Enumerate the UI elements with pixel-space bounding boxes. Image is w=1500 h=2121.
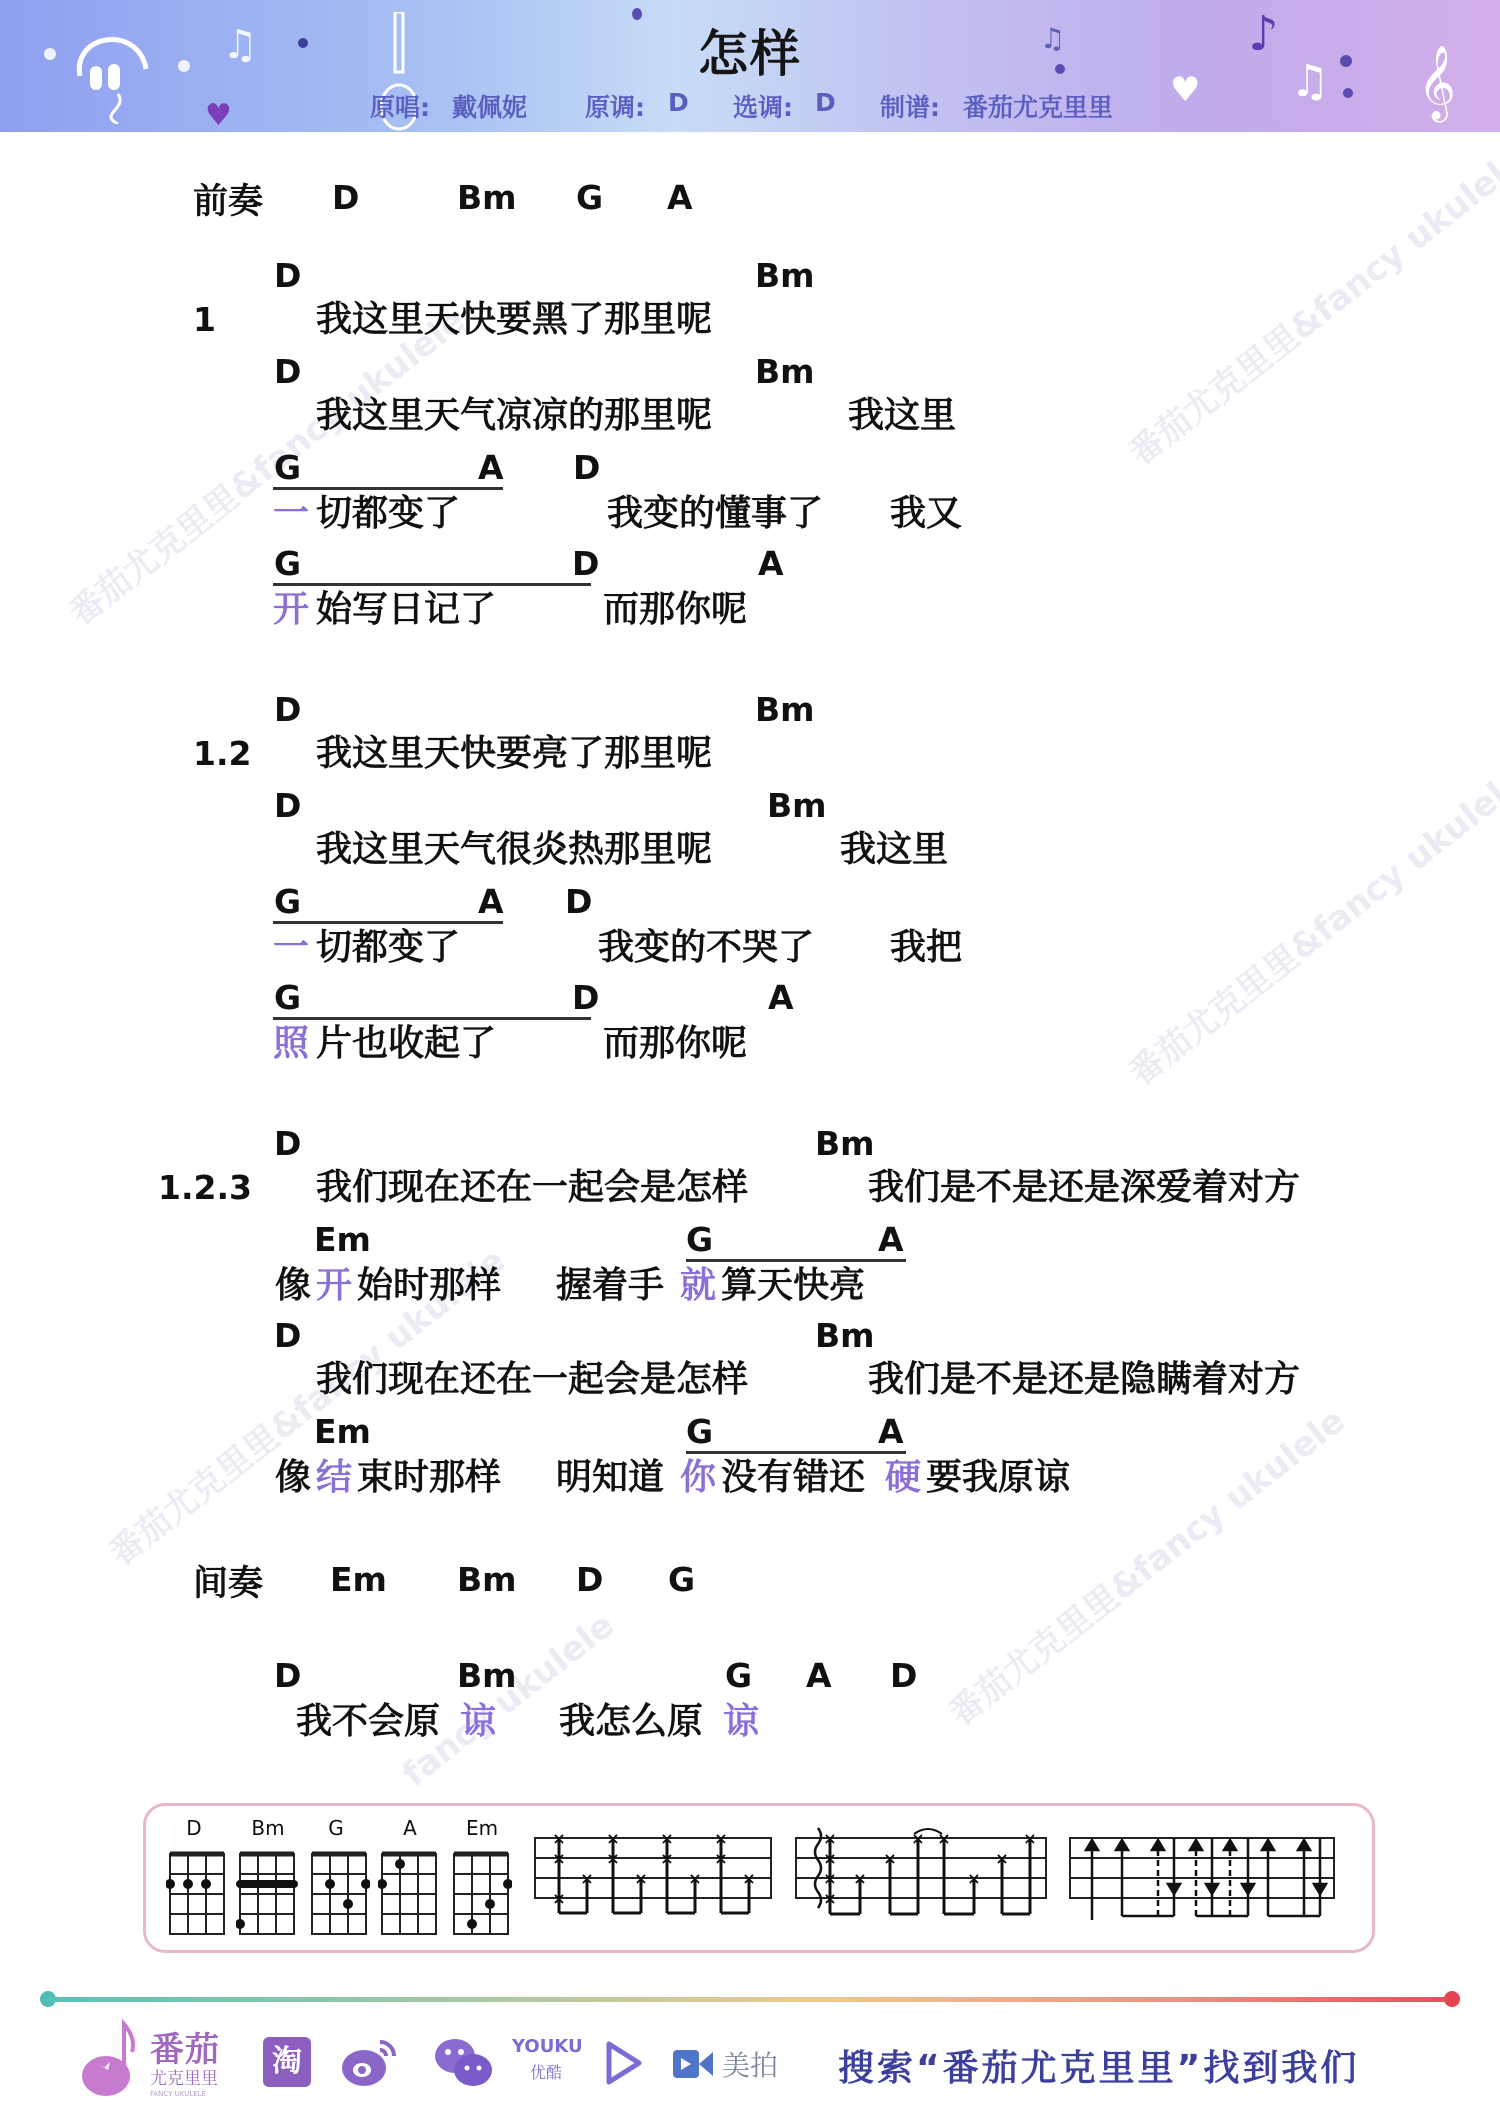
taobao-label: 淘 xyxy=(272,2044,302,2079)
lyric-highlight: 你 xyxy=(680,1458,716,1498)
strum-pattern-2: ×××× ××× ×××× xyxy=(794,1824,1054,1934)
svg-text:×: × xyxy=(580,1869,593,1888)
svg-text:×: × xyxy=(823,1829,836,1848)
brand-english: FANCY UKULELE xyxy=(150,2090,206,2098)
chord: A xyxy=(806,1658,832,1694)
chord: A xyxy=(478,884,504,920)
lyric-line: 始时那样 xyxy=(357,1266,501,1306)
lyric-line: 我这里天快要亮了那里呢 xyxy=(316,734,712,774)
lyric-highlight: 一 xyxy=(273,494,309,534)
lyric-line: 要我原谅 xyxy=(926,1458,1070,1498)
chord: D xyxy=(274,1658,301,1694)
lyric-line: 我这里天气凉凉的那里呢 xyxy=(316,396,712,436)
svg-text:×: × xyxy=(823,1889,836,1908)
svg-text:×: × xyxy=(606,1829,619,1848)
chord: A xyxy=(768,980,794,1016)
chord: D xyxy=(332,180,359,216)
taobao-icon[interactable]: 淘 xyxy=(263,2037,311,2087)
chord: Bm xyxy=(755,354,815,390)
arranger-label: 制谱: xyxy=(880,88,940,124)
underline xyxy=(273,583,591,586)
chord: D xyxy=(274,1126,301,1162)
chord: G xyxy=(274,980,301,1016)
lyric-line: 切都变了 xyxy=(316,494,460,534)
svg-text:×: × xyxy=(823,1849,836,1868)
chord: Bm xyxy=(457,180,517,216)
chord: Em xyxy=(314,1222,371,1258)
svg-text:×: × xyxy=(853,1869,866,1888)
lyric-highlight: 谅 xyxy=(460,1702,496,1742)
svg-text:×: × xyxy=(1023,1829,1036,1848)
svg-text:×: × xyxy=(714,1849,727,1868)
chosen-key-label: 选调: xyxy=(733,88,793,124)
chord-name: A xyxy=(380,1816,440,1840)
fretboard-icon xyxy=(236,1850,302,1940)
chord: G xyxy=(274,884,301,920)
original-singer: 戴佩妮 xyxy=(452,88,527,124)
chord: D xyxy=(572,980,599,1016)
svg-text:×: × xyxy=(552,1829,565,1848)
chord: D xyxy=(890,1658,917,1694)
chord: Bm xyxy=(815,1126,875,1162)
chord: G xyxy=(725,1658,752,1694)
youku-label: 优酷 xyxy=(530,2060,562,2083)
lyric-highlight: 一 xyxy=(273,928,309,968)
video-play-icon[interactable] xyxy=(603,2040,643,2086)
footer-divider xyxy=(48,1997,1450,2002)
chord: G xyxy=(686,1414,713,1450)
lyric-highlight: 开 xyxy=(316,1266,352,1306)
chord: Bm xyxy=(457,1658,517,1694)
song-title: 怎样 xyxy=(0,14,1500,86)
original-key: D xyxy=(668,88,689,117)
lyric-line: 始写日记了 xyxy=(316,590,496,630)
lyric-line: 我们现在还在一起会是怎样 xyxy=(316,1168,748,1208)
footer-line-end-dot xyxy=(1444,1991,1460,2007)
chord: D xyxy=(565,884,592,920)
svg-text:×: × xyxy=(967,1869,980,1888)
chord: D xyxy=(274,692,301,728)
lyric-highlight: 结 xyxy=(316,1458,352,1498)
underline xyxy=(686,1451,906,1454)
chord: G xyxy=(668,1562,695,1598)
lyric-line: 算天快亮 xyxy=(721,1266,865,1306)
lyric-line: 而那你呢 xyxy=(603,1024,747,1064)
chord: Bm xyxy=(815,1318,875,1354)
svg-text:×: × xyxy=(911,1829,924,1848)
lyric-highlight: 照 xyxy=(273,1024,309,1064)
svg-text:×: × xyxy=(883,1849,896,1868)
lyric-line: 而那你呢 xyxy=(603,590,747,630)
lyric-line: 我变的懂事了 xyxy=(607,494,823,534)
svg-text:×: × xyxy=(606,1849,619,1868)
underline xyxy=(686,1259,906,1262)
svg-text:×: × xyxy=(660,1829,673,1848)
lyric-line: 我把 xyxy=(890,928,962,968)
lyric-line: 我们是不是还是隐瞒着对方 xyxy=(868,1360,1300,1400)
svg-text:×: × xyxy=(552,1889,565,1908)
meipai-label: 美拍 xyxy=(722,2044,778,2084)
chord: A xyxy=(878,1222,904,1258)
svg-text:×: × xyxy=(823,1869,836,1888)
svg-text:×: × xyxy=(937,1829,950,1848)
verse-number: 1.2.3 xyxy=(158,1168,252,1207)
lyric-line: 明知道 xyxy=(556,1458,664,1498)
chord-name: G xyxy=(306,1816,366,1840)
original-key-label: 原调: xyxy=(585,88,645,124)
weibo-icon[interactable] xyxy=(340,2034,400,2090)
chord: D xyxy=(576,1562,603,1598)
header-banner: ♥ ♥ ♫ ♪ ♫ ♫ 𝄞 怎样 原唱: 戴佩妮 原调: D 选调: D 制谱:… xyxy=(0,0,1500,132)
fretboard-icon xyxy=(450,1850,512,1940)
chord: G xyxy=(686,1222,713,1258)
fretboard-icon xyxy=(378,1850,440,1940)
chord: D xyxy=(573,450,600,486)
lyric-line: 我们是不是还是深爱着对方 xyxy=(868,1168,1300,1208)
lyric-line: 我这里天气很炎热那里呢 xyxy=(316,830,712,870)
underline xyxy=(273,921,503,924)
lyric-line: 我这里 xyxy=(848,396,956,436)
meipai-icon[interactable] xyxy=(673,2048,713,2080)
chord: A xyxy=(878,1414,904,1450)
lyric-line: 我不会原 xyxy=(296,1702,440,1742)
chord: Bm xyxy=(755,692,815,728)
watermark: 番茄尤克里里&fancy ukulele xyxy=(1117,754,1500,1094)
chord: Bm xyxy=(457,1562,517,1598)
strum-pattern-1: ×××× ××× ××× ××× xyxy=(533,1828,783,1928)
chord: A xyxy=(758,546,784,582)
svg-text:×: × xyxy=(552,1849,565,1868)
lyric-highlight: 谅 xyxy=(723,1702,759,1742)
underline xyxy=(273,487,503,490)
verse-number: 1.2 xyxy=(193,734,251,773)
lyric-highlight: 就 xyxy=(680,1266,716,1306)
svg-text:×: × xyxy=(688,1869,701,1888)
lyric-line: 我怎么原 xyxy=(559,1702,703,1742)
lyric-line: 片也收起了 xyxy=(316,1024,496,1064)
decor-dot xyxy=(1343,88,1353,98)
chosen-key: D xyxy=(815,88,836,117)
chord: D xyxy=(274,354,301,390)
chord: Em xyxy=(330,1562,387,1598)
arranger: 番茄尤克里里 xyxy=(963,88,1113,124)
lyric-highlight: 开 xyxy=(273,590,309,630)
chord-name: D xyxy=(164,1816,224,1840)
watermark: fancy ukulele xyxy=(395,1605,622,1794)
lyric-line: 我变的不哭了 xyxy=(598,928,814,968)
intro-label: 前奏 xyxy=(193,174,263,224)
strum-pattern-3 xyxy=(1068,1828,1338,1928)
heart-icon: ♥ xyxy=(205,98,232,132)
chord: G xyxy=(274,450,301,486)
chord-diagram-panel: D Bm G xyxy=(143,1803,1375,1953)
tomato-note-logo-icon xyxy=(80,2018,140,2098)
brand-subname: 尤克里里 xyxy=(150,2064,218,2089)
search-slogan: 搜索“番茄尤克里里”找到我们 xyxy=(838,2040,1359,2091)
lyric-line: 我们现在还在一起会是怎样 xyxy=(316,1360,748,1400)
chord: D xyxy=(274,258,301,294)
lyric-line: 切都变了 xyxy=(316,928,460,968)
wechat-icon[interactable] xyxy=(433,2034,495,2090)
chord: A xyxy=(478,450,504,486)
lyric-line: 握着手 xyxy=(556,1266,664,1306)
verse-number: 1 xyxy=(193,300,216,339)
lyric-line: 我又 xyxy=(890,494,962,534)
underline xyxy=(273,1017,591,1020)
svg-text:×: × xyxy=(660,1849,673,1868)
lyric-line: 束时那样 xyxy=(357,1458,501,1498)
lyric-line: 我这里 xyxy=(840,830,948,870)
chord: G xyxy=(274,546,301,582)
chord-name: Bm xyxy=(238,1816,298,1840)
lyric-line: 像 xyxy=(275,1458,311,1498)
chord: D xyxy=(274,788,301,824)
interlude-label: 间奏 xyxy=(193,1556,263,1606)
lyric-highlight: 硬 xyxy=(885,1458,921,1498)
youku-logo[interactable]: YOUKU xyxy=(512,2036,583,2057)
lyric-line: 我这里天快要黑了那里呢 xyxy=(316,300,712,340)
fretboard-icon xyxy=(308,1850,370,1940)
lyric-line: 没有错还 xyxy=(721,1458,865,1498)
chord: Em xyxy=(314,1414,371,1450)
chord: D xyxy=(572,546,599,582)
svg-text:×: × xyxy=(634,1869,647,1888)
chord-name: Em xyxy=(452,1816,512,1840)
chord: Bm xyxy=(767,788,827,824)
chord: D xyxy=(274,1318,301,1354)
chord: A xyxy=(667,180,693,216)
svg-text:×: × xyxy=(995,1849,1008,1868)
chord: G xyxy=(576,180,603,216)
lyric-line: 像 xyxy=(275,1266,311,1306)
original-singer-label: 原唱: xyxy=(370,88,430,124)
svg-text:×: × xyxy=(742,1869,755,1888)
svg-text:×: × xyxy=(714,1829,727,1848)
watermark: 番茄尤克里里&fancy ukulele xyxy=(1117,134,1500,474)
watermark: 番茄尤克里里&fancy ukulele xyxy=(937,1394,1353,1734)
fretboard-icon xyxy=(166,1850,228,1940)
chord: Bm xyxy=(755,258,815,294)
